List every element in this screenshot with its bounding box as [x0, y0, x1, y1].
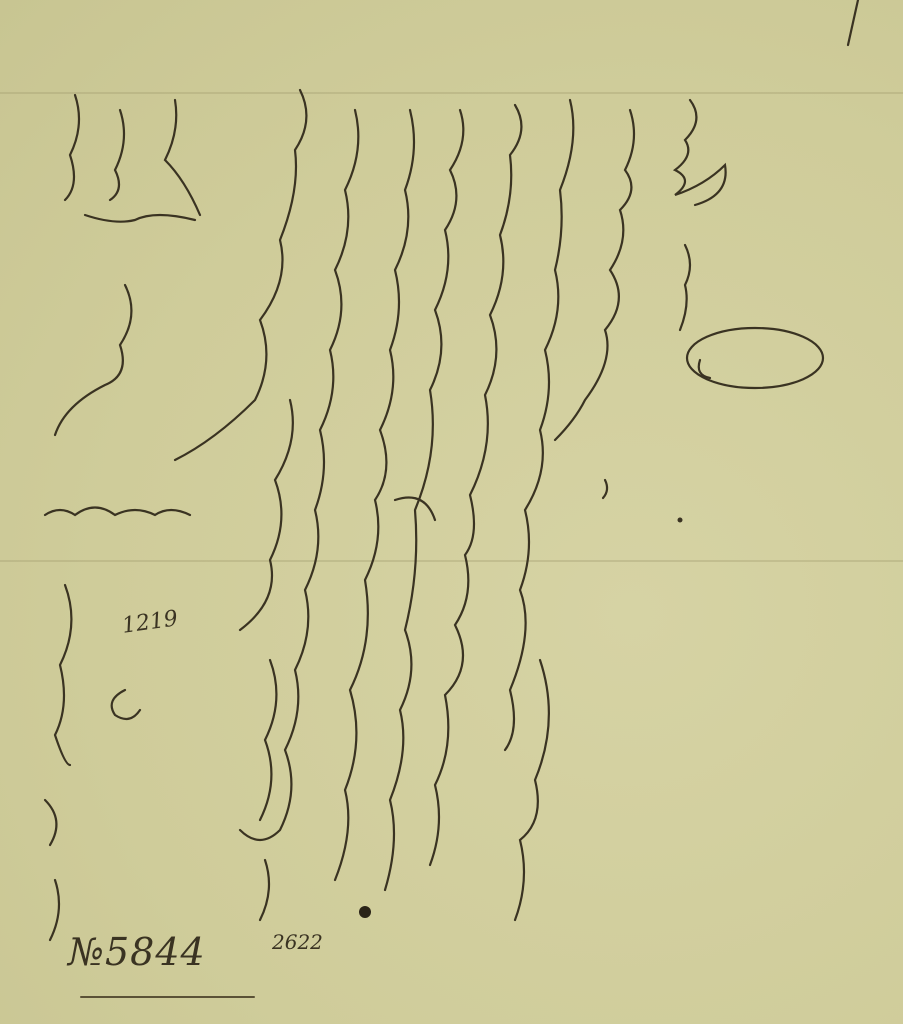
archive-number-underline	[80, 996, 255, 998]
manuscript-script	[0, 0, 903, 1024]
marginal-number: 2622	[272, 930, 323, 954]
script-column-1	[675, 100, 823, 388]
archive-number: №5844	[68, 930, 206, 974]
